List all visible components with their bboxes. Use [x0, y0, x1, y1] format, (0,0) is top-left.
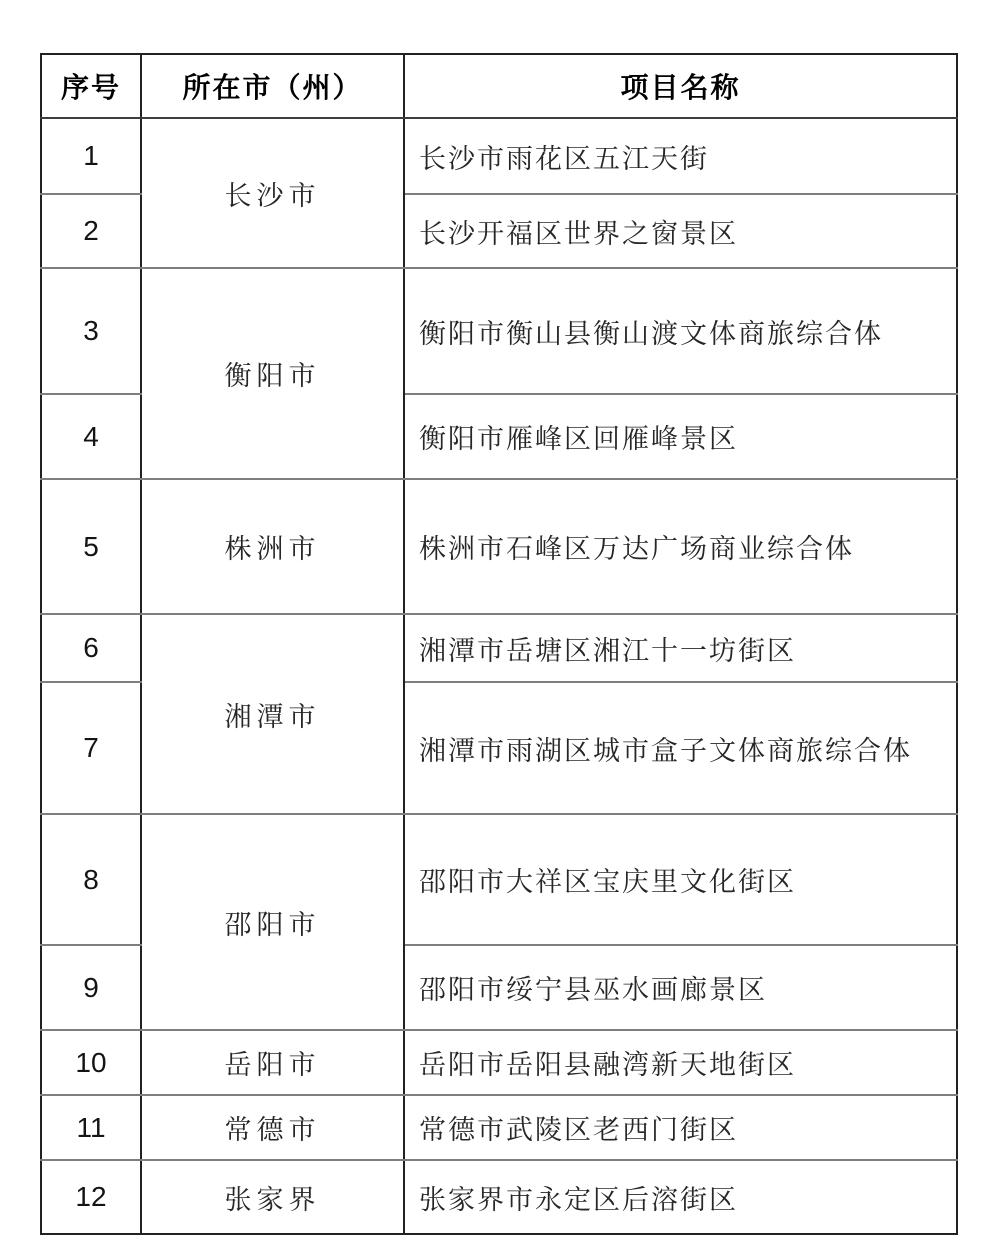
row-number-cell: 2 [41, 194, 141, 268]
project-cell: 长沙市雨花区五江天街 [404, 118, 957, 194]
project-cell: 岳阳市岳阳县融湾新天地街区 [404, 1030, 957, 1095]
table-row: 5 株洲市 株洲市石峰区万达广场商业综合体 [41, 479, 957, 614]
table-row: 3 衡阳市 衡阳市衡山县衡山渡文体商旅综合体 [41, 268, 957, 394]
city-cell: 邵阳市 [141, 814, 404, 1030]
project-cell: 衡阳市衡山县衡山渡文体商旅综合体 [404, 268, 957, 394]
city-cell: 湘潭市 [141, 614, 404, 814]
project-cell: 长沙开福区世界之窗景区 [404, 194, 957, 268]
city-cell: 张家界 [141, 1160, 404, 1234]
header-city: 所在市（州） [141, 54, 404, 118]
table-row: 1 长沙市 长沙市雨花区五江天街 [41, 118, 957, 194]
city-cell: 长沙市 [141, 118, 404, 268]
project-cell: 湘潭市岳塘区湘江十一坊街区 [404, 614, 957, 682]
project-cell: 湘潭市雨湖区城市盒子文体商旅综合体 [404, 682, 957, 814]
table-row: 6 湘潭市 湘潭市岳塘区湘江十一坊街区 [41, 614, 957, 682]
project-cell: 株洲市石峰区万达广场商业综合体 [404, 479, 957, 614]
project-cell: 常德市武陵区老西门街区 [404, 1095, 957, 1160]
document-page: 序号 所在市（州） 项目名称 1 长沙市 长沙市雨花区五江天街 2 长沙开福区世… [0, 0, 998, 1260]
row-number-cell: 8 [41, 814, 141, 945]
project-cell: 邵阳市绥宁县巫水画廊景区 [404, 945, 957, 1030]
header-seq: 序号 [41, 54, 141, 118]
row-number-cell: 9 [41, 945, 141, 1030]
row-number-cell: 5 [41, 479, 141, 614]
city-cell: 岳阳市 [141, 1030, 404, 1095]
header-project: 项目名称 [404, 54, 957, 118]
row-number-cell: 11 [41, 1095, 141, 1160]
project-cell: 衡阳市雁峰区回雁峰景区 [404, 394, 957, 479]
city-cell: 衡阳市 [141, 268, 404, 479]
table-row: 12 张家界 张家界市永定区后溶街区 [41, 1160, 957, 1234]
row-number-cell: 7 [41, 682, 141, 814]
table-row: 10 岳阳市 岳阳市岳阳县融湾新天地街区 [41, 1030, 957, 1095]
project-cell: 张家界市永定区后溶街区 [404, 1160, 957, 1234]
project-cell: 邵阳市大祥区宝庆里文化街区 [404, 814, 957, 945]
table-row: 11 常德市 常德市武陵区老西门街区 [41, 1095, 957, 1160]
row-number-cell: 6 [41, 614, 141, 682]
city-cell: 株洲市 [141, 479, 404, 614]
row-number-cell: 3 [41, 268, 141, 394]
row-number-cell: 12 [41, 1160, 141, 1234]
project-table: 序号 所在市（州） 项目名称 1 长沙市 长沙市雨花区五江天街 2 长沙开福区世… [40, 53, 958, 1235]
row-number-cell: 1 [41, 118, 141, 194]
row-number-cell: 10 [41, 1030, 141, 1095]
row-number-cell: 4 [41, 394, 141, 479]
table-header-row: 序号 所在市（州） 项目名称 [41, 54, 957, 118]
city-cell: 常德市 [141, 1095, 404, 1160]
table-row: 8 邵阳市 邵阳市大祥区宝庆里文化街区 [41, 814, 957, 945]
